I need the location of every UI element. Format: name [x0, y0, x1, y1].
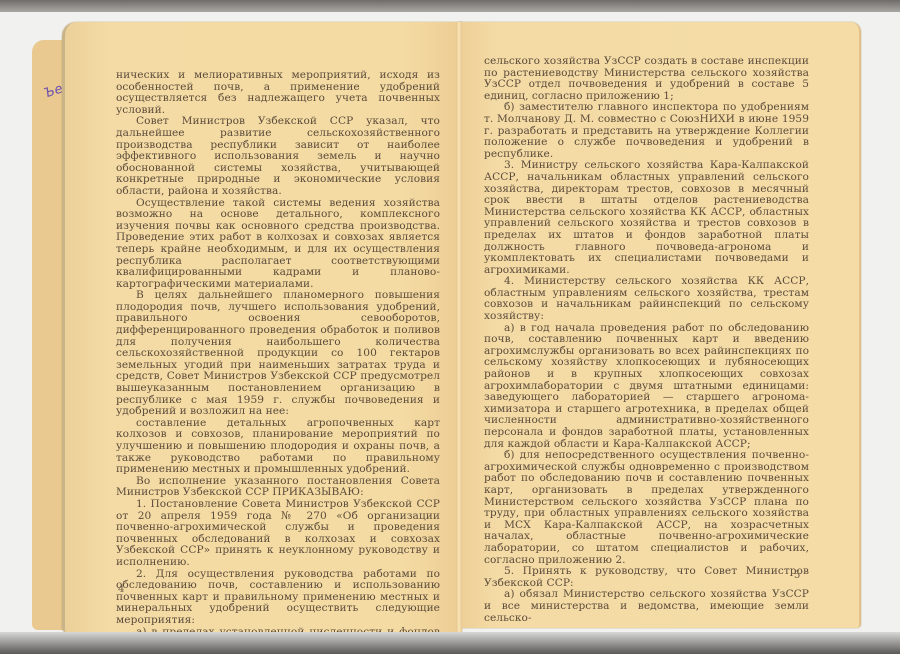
paragraph: а) обязал Министерство сельского хозяйст…	[484, 589, 809, 624]
paragraph: 5. Принять к руководству, что Совет Мини…	[484, 566, 809, 589]
paragraph: В целях дальнейшего планомерного повышен…	[116, 290, 440, 418]
paragraph: 4. Министерству сельского хозяйства КК А…	[484, 276, 809, 322]
paragraph: а) в год начала проведения работ по обсл…	[484, 323, 809, 451]
book-gutter	[456, 22, 462, 632]
paragraph: сельского хозяйства УзССР создать в сост…	[484, 56, 809, 102]
paragraph: 2. Для осуществления руководства работам…	[116, 569, 440, 627]
paragraph: б) заместителю главного инспектора по уд…	[484, 102, 809, 160]
paragraph: Во исполнение указанного постановления С…	[116, 476, 440, 499]
paragraph: Осуществление такой системы ведения хозя…	[116, 198, 440, 291]
page-number-right: 5	[794, 570, 800, 581]
paragraph: Совет Министров Узбекской ССР указал, чт…	[116, 116, 440, 197]
paragraph: 3. Министру сельского хозяйства Кара-Кал…	[484, 160, 809, 276]
paragraph: б) для непосредственного осуществления п…	[484, 450, 809, 566]
left-page-text: нических и мелиоративных мероприятий, ис…	[116, 70, 440, 654]
right-page-text: сельского хозяйства УзССР создать в сост…	[484, 56, 809, 624]
paragraph: 1. Постановление Совета Министров Узбекс…	[116, 499, 440, 569]
page-number-left: 4	[118, 584, 124, 595]
scanner-edge-bottom	[0, 632, 900, 654]
paragraph: нических и мелиоративных мероприятий, ис…	[116, 70, 440, 116]
paragraph: составление детальных агропочвенных карт…	[116, 418, 440, 476]
scanner-edge-top	[0, 0, 900, 12]
